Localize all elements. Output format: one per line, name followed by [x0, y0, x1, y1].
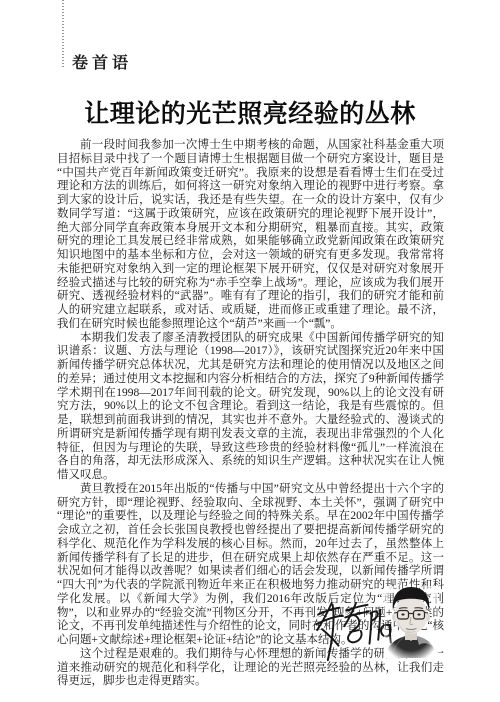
page: 卷首语 让理论的光芒照亮经验的丛林 前一段时间我参加一次博士生中期考核的命题，从… — [0, 0, 500, 702]
author-signature — [315, 600, 393, 664]
dotted-rule — [62, 0, 64, 69]
author-photo — [384, 586, 438, 658]
section-label: 卷首语 — [72, 50, 132, 73]
paragraph-2: 本期我们发表了廖圣清教授团队的研究成果《中国新闻传播学研究的知识谱系：议题、方法… — [57, 332, 444, 483]
paragraph-1: 前一段时间我参加一次博士生中期考核的命题，从国家社科基金重大项目招标目录中找了一… — [57, 139, 444, 332]
page-title: 让理论的光芒照亮经验的丛林 — [0, 94, 500, 130]
